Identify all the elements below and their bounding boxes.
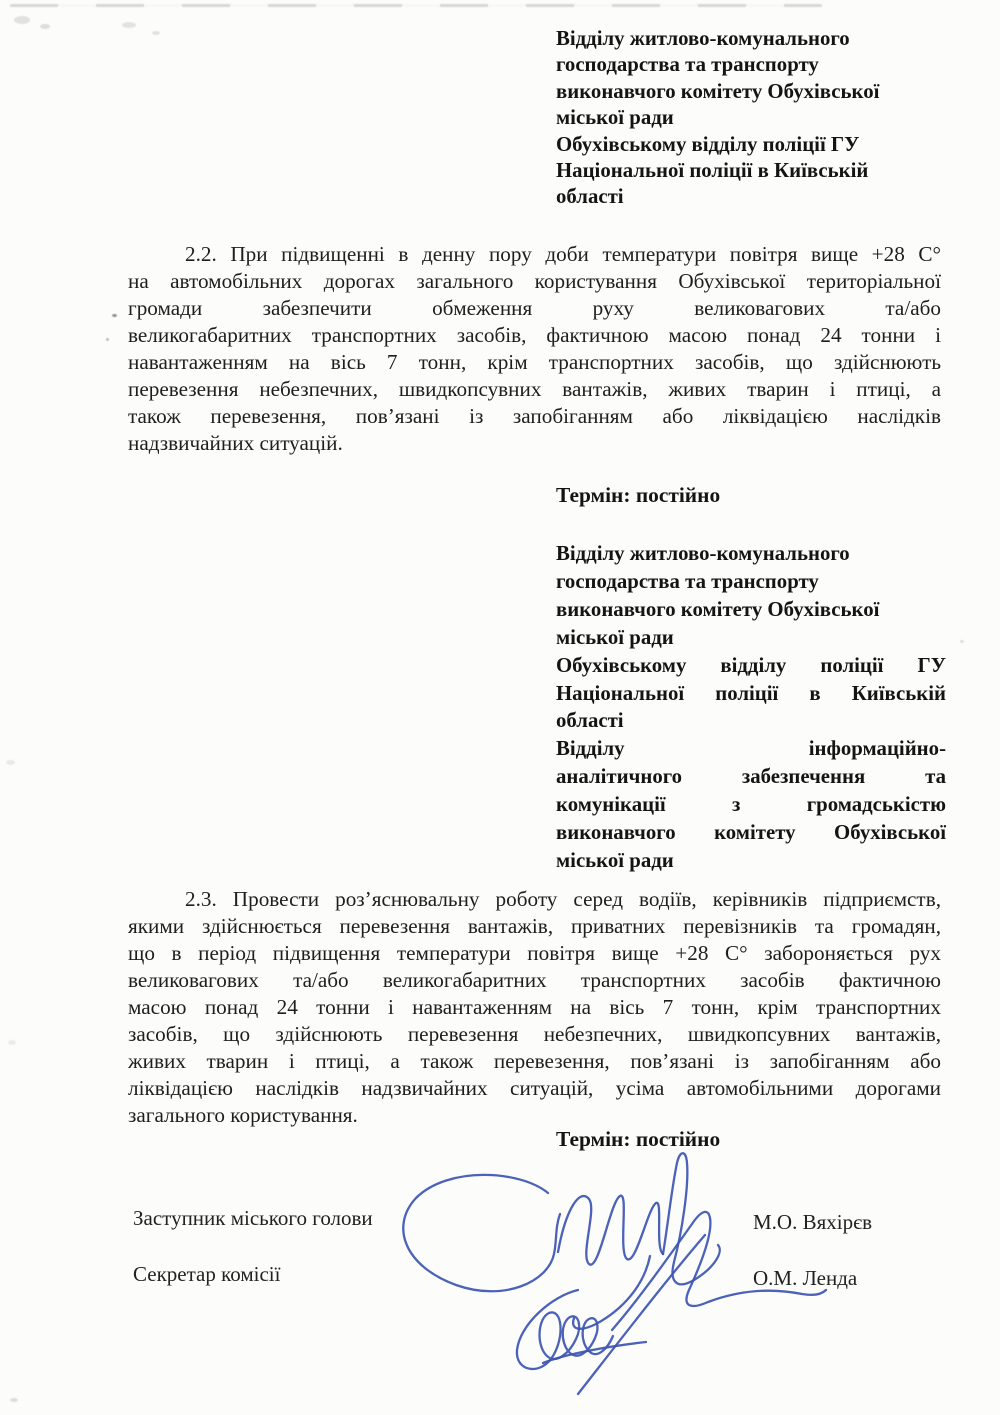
addressee-line: області bbox=[556, 707, 946, 735]
scan-speck bbox=[152, 31, 160, 35]
signatory-title: Секретар комісії bbox=[133, 1262, 280, 1287]
scan-speck bbox=[6, 760, 15, 765]
term-label-1: Термін: постійно bbox=[556, 483, 720, 508]
body-line: також перевезення, пов’язані із запобіга… bbox=[128, 403, 941, 430]
addressee-line: Відділу інформаційно- bbox=[556, 735, 946, 763]
scan-speck bbox=[14, 16, 30, 24]
addressee-block-1: Відділу житлово-комунального господарств… bbox=[556, 26, 946, 211]
addressee-line: виконавчого комітету Обухівської bbox=[556, 596, 946, 624]
scan-speck bbox=[112, 314, 117, 317]
addressee-line: Національної поліції в Київській bbox=[556, 158, 946, 184]
signature-stroke bbox=[517, 1290, 613, 1369]
body-line: ліквідацією наслідків надзвичайних ситуа… bbox=[128, 1075, 941, 1102]
scan-speck bbox=[10, 1398, 18, 1402]
signature-stroke bbox=[543, 1342, 646, 1363]
addressee-line: аналітичного забезпечення та bbox=[556, 763, 946, 791]
addressee-line: комунікації з громадськістю bbox=[556, 791, 946, 819]
term-label-2: Термін: постійно bbox=[556, 1127, 720, 1152]
signatory-name: М.О. Вяхірєв bbox=[753, 1210, 872, 1235]
addressee-line: області bbox=[556, 184, 946, 210]
body-line: живих тварин і птиці, а також перевезенн… bbox=[128, 1048, 941, 1075]
scan-speck bbox=[106, 338, 109, 341]
addressee-line: Обухівському відділу поліції ГУ bbox=[556, 652, 946, 680]
body-line: навантаженням на вісь 7 тонн, крім транс… bbox=[128, 349, 941, 376]
scan-speck bbox=[40, 24, 50, 29]
body-line: 2.2. При підвищенні в денну пору доби те… bbox=[128, 241, 941, 268]
addressee-line: Обухівському відділу поліції ГУ bbox=[556, 132, 946, 158]
addressee-line: господарства та транспорту bbox=[556, 52, 946, 78]
scanned-document-page: Відділу житлово-комунального господарств… bbox=[0, 0, 1000, 1415]
addressee-line: господарства та транспорту bbox=[556, 568, 946, 596]
body-line: великогабаритних транспортних засобів, ф… bbox=[128, 322, 941, 349]
scan-artifact-top-line bbox=[10, 4, 822, 7]
addressee-line: виконавчого комітету Обухівської bbox=[556, 79, 946, 105]
addressee-block-2: Відділу житлово-комунального господарств… bbox=[556, 540, 946, 875]
body-line: на автомобільних дорогах загального кори… bbox=[128, 268, 941, 295]
signatory-name: О.М. Ленда bbox=[753, 1266, 857, 1291]
paragraph-2-2: 2.2. При підвищенні в денну пору доби те… bbox=[128, 241, 941, 457]
signature-stroke bbox=[558, 1196, 663, 1265]
body-line: перевезення небезпечних, швидкопсувних в… bbox=[128, 376, 941, 403]
signatory-title: Заступник міського голови bbox=[133, 1206, 373, 1231]
addressee-line: виконавчого комітету Обухівської bbox=[556, 819, 946, 847]
body-line: 2.3. Провести роз’яснювальну роботу сере… bbox=[128, 886, 941, 913]
body-line: великовагових та/або великогабаритних тр… bbox=[128, 967, 941, 994]
body-line: що в період підвищення температури повіт… bbox=[128, 940, 941, 967]
addressee-line: Відділу житлово-комунального bbox=[556, 540, 946, 568]
body-line: якими здійснюється перевезення вантажів,… bbox=[128, 913, 941, 940]
scan-speck bbox=[8, 1040, 16, 1045]
scan-speck bbox=[122, 22, 136, 28]
addressee-line: Відділу житлово-комунального bbox=[556, 26, 946, 52]
signature-stroke bbox=[403, 1175, 560, 1291]
addressee-line: міської ради bbox=[556, 847, 946, 875]
signature-stroke bbox=[578, 1235, 705, 1394]
signature-stroke bbox=[663, 1153, 720, 1284]
addressee-line: Національної поліції в Київській bbox=[556, 680, 946, 708]
body-line: засобів, що здійснюють перевезення небез… bbox=[128, 1021, 941, 1048]
body-line: масою понад 24 тонни і навантаженням на … bbox=[128, 994, 941, 1021]
scan-speck bbox=[960, 640, 964, 643]
body-line: громади забезпечити обмеження руху велик… bbox=[128, 295, 941, 322]
addressee-line: міської ради bbox=[556, 105, 946, 131]
body-line: загального користування. bbox=[128, 1102, 941, 1129]
signature-stroke bbox=[573, 1256, 650, 1329]
addressee-line: міської ради bbox=[556, 624, 946, 652]
body-line: надзвичайних ситуацій. bbox=[128, 430, 941, 457]
paragraph-2-3: 2.3. Провести роз’яснювальну роботу сере… bbox=[128, 886, 941, 1129]
